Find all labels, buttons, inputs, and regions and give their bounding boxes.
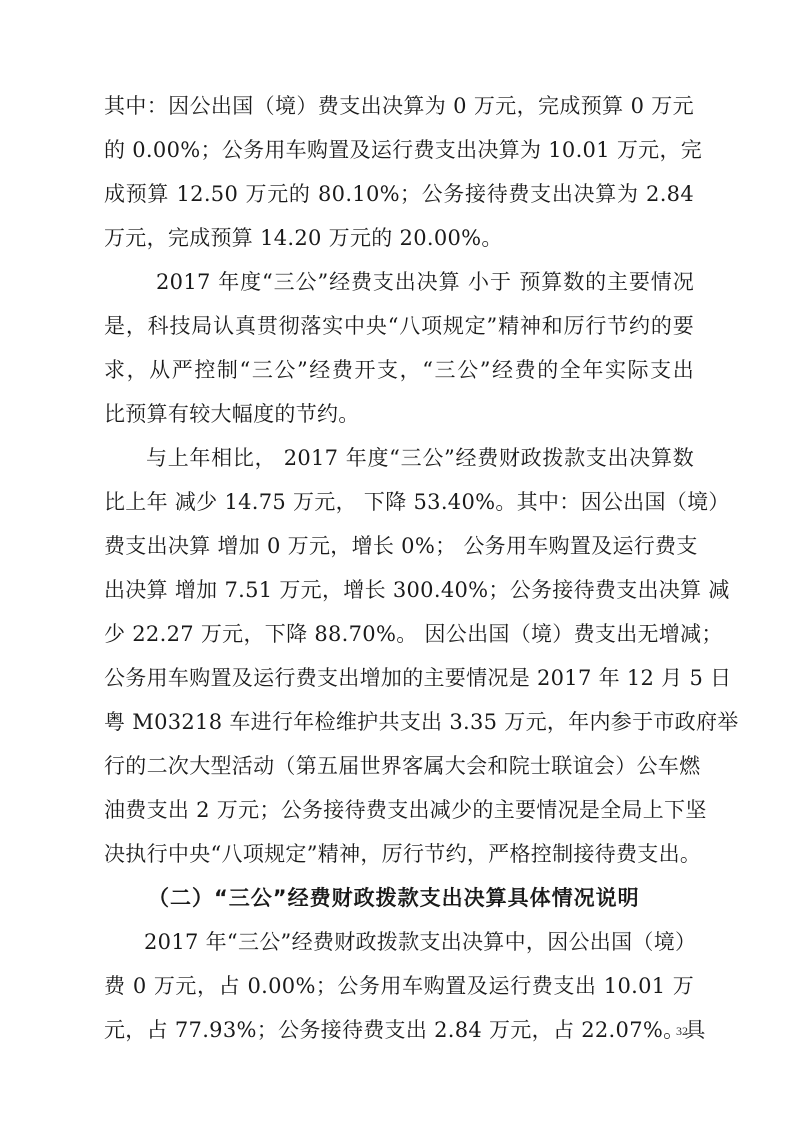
text-line: 少 22.27 万元，下降 88.70%。 因公出国（境）费支出无增减； bbox=[104, 620, 694, 648]
text-line: 其中：因公出国（境）费支出决算为 0 万元，完成预算 0 万元 bbox=[104, 92, 694, 120]
section-heading: （二）“三公”经费财政拨款支出决算具体情况说明 bbox=[148, 884, 640, 912]
text-line: 粤 M03218 车进行年检维护共支出 3.35 万元，年内参于市政府举 bbox=[104, 708, 694, 736]
text-line: 2017 年“三公”经费财政拨款支出决算中，因公出国（境） bbox=[144, 928, 694, 956]
text-line: 比预算有较大幅度的节约。 bbox=[104, 400, 694, 428]
text-line: 与上年相比， 2017 年度“三公”经费财政拨款支出决算数 bbox=[146, 444, 694, 472]
text-line: 行的二次大型活动（第五届世界客属大会和院士联谊会）公车燃 bbox=[104, 752, 694, 780]
text-line: 万元，完成预算 14.20 万元的 20.00%。 bbox=[104, 224, 694, 252]
text-line: 决执行中央“八项规定”精神，厉行节约，严格控制接待费支出。 bbox=[104, 840, 694, 868]
text-line: 出决算 增加 7.51 万元，增长 300.40%；公务接待费支出决算 减 bbox=[104, 576, 694, 604]
text-line: 是，科技局认真贯彻落实中央“八项规定”精神和厉行节约的要 bbox=[104, 312, 694, 340]
text-line: 油费支出 2 万元；公务接待费支出减少的主要情况是全局上下坚 bbox=[104, 796, 694, 824]
text-line: 成预算 12.50 万元的 80.10%；公务接待费支出决算为 2.84 bbox=[104, 180, 694, 208]
text-line: 2017 年度“三公”经费支出决算 小于 预算数的主要情况 bbox=[156, 268, 694, 296]
page-number: 32 bbox=[676, 1024, 688, 1039]
text-line: 元，占 77.93%；公务接待费支出 2.84 万元，占 22.07%。具 bbox=[104, 1016, 694, 1044]
document-page: 其中：因公出国（境）费支出决算为 0 万元，完成预算 0 万元 的 0.00%；… bbox=[0, 0, 793, 1122]
text-line: 费支出决算 增加 0 万元，增长 0%； 公务用车购置及运行费支 bbox=[104, 532, 694, 560]
text-line: 求，从严控制“三公”经费开支，“三公”经费的全年实际支出 bbox=[104, 356, 694, 384]
text-line: 比上年 减少 14.75 万元， 下降 53.40%。其中：因公出国（境） bbox=[104, 488, 694, 516]
text-line: 费 0 万元，占 0.00%；公务用车购置及运行费支出 10.01 万 bbox=[104, 972, 694, 1000]
text-line: 的 0.00%；公务用车购置及运行费支出决算为 10.01 万元，完 bbox=[104, 136, 694, 164]
text-line: 公务用车购置及运行费支出增加的主要情况是 2017 年 12 月 5 日 bbox=[104, 664, 694, 692]
